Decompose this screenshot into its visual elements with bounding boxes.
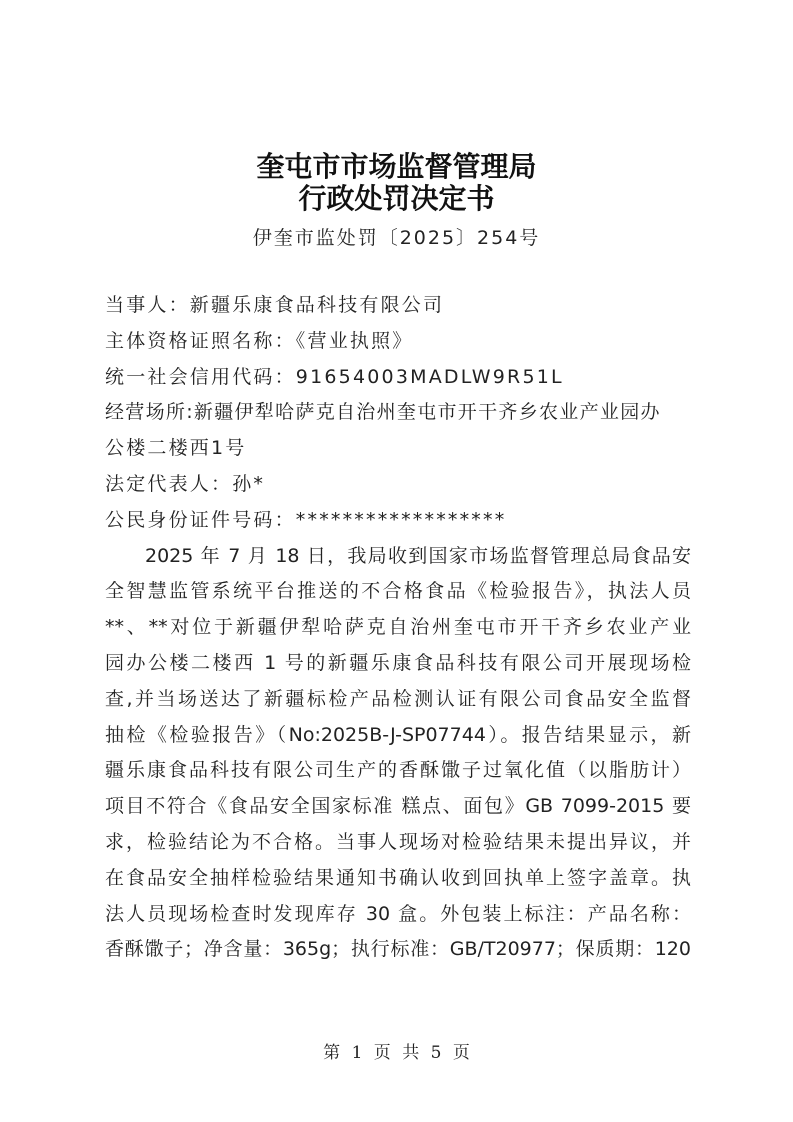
issuing-authority-title: 奎屯市市场监督管理局 xyxy=(0,150,793,184)
body-paragraph-line: 抽检《检验报告》（No:2025B-J-SP07744）。报告结果显示，新 xyxy=(105,718,691,754)
license-name-field: 主体资格证照名称：《营业执照》 xyxy=(105,324,695,360)
body-paragraph-line: 查,并当场送达了新疆标检产品检测认证有限公司食品安全监督 xyxy=(105,682,691,718)
legal-representative-field: 法定代表人：孙* xyxy=(105,467,695,503)
body-paragraph-line: 全智慧监管系统平台推送的不合格食品《检验报告》，执法人员 xyxy=(105,574,691,610)
body-paragraph-line: 疆乐康食品科技有限公司生产的香酥馓子过氧化值（以脂肪计） xyxy=(105,753,691,789)
address-field-line1: 经营场所:新疆伊犁哈萨克自治州奎屯市开干齐乡农业产业园办 xyxy=(105,395,695,431)
body-paragraph-line: 法人员现场检查时发现库存 30 盒。外包装上标注：产品名称： xyxy=(105,897,691,933)
body-paragraph-line: 园办公楼二楼西 1 号的新疆乐康食品科技有限公司开展现场检 xyxy=(105,646,691,682)
body-paragraph-line: 求，检验结论为不合格。当事人现场对检验结果未提出异议，并 xyxy=(105,825,691,861)
body-paragraph-line: 2025 年 7 月 18 日，我局收到国家市场监督管理总局食品安 xyxy=(105,539,691,575)
party-field: 当事人：新疆乐康食品科技有限公司 xyxy=(105,288,695,324)
body-paragraph-line: 项目不符合《食品安全国家标准 糕点、面包》GB 7099-2015 要 xyxy=(105,789,691,825)
document-body: 当事人：新疆乐康食品科技有限公司 主体资格证照名称：《营业执照》 统一社会信用代… xyxy=(105,288,695,968)
document-page: 奎屯市市场监督管理局 行政处罚决定书 伊奎市监处罚〔2025〕254号 当事人：… xyxy=(0,0,793,1122)
document-number: 伊奎市监处罚〔2025〕254号 xyxy=(0,224,793,252)
body-paragraph-line: 在食品安全抽样检验结果通知书确认收到回执单上签字盖章。执 xyxy=(105,861,691,897)
document-type-title: 行政处罚决定书 xyxy=(0,182,793,216)
id-number-field: 公民身份证件号码：****************** xyxy=(105,503,695,539)
credit-code-field: 统一社会信用代码：91654003MADLW9R51L xyxy=(105,360,695,396)
body-paragraph-line: **、**对位于新疆伊犁哈萨克自治州奎屯市开干齐乡农业产业 xyxy=(105,610,691,646)
body-paragraph-line: 香酥馓子；净含量：365g；执行标准：GB/T20977；保质期：120 xyxy=(105,932,691,968)
address-field-line2: 公楼二楼西1号 xyxy=(105,431,695,467)
page-indicator: 第 1 页 共 5 页 xyxy=(0,1038,793,1063)
